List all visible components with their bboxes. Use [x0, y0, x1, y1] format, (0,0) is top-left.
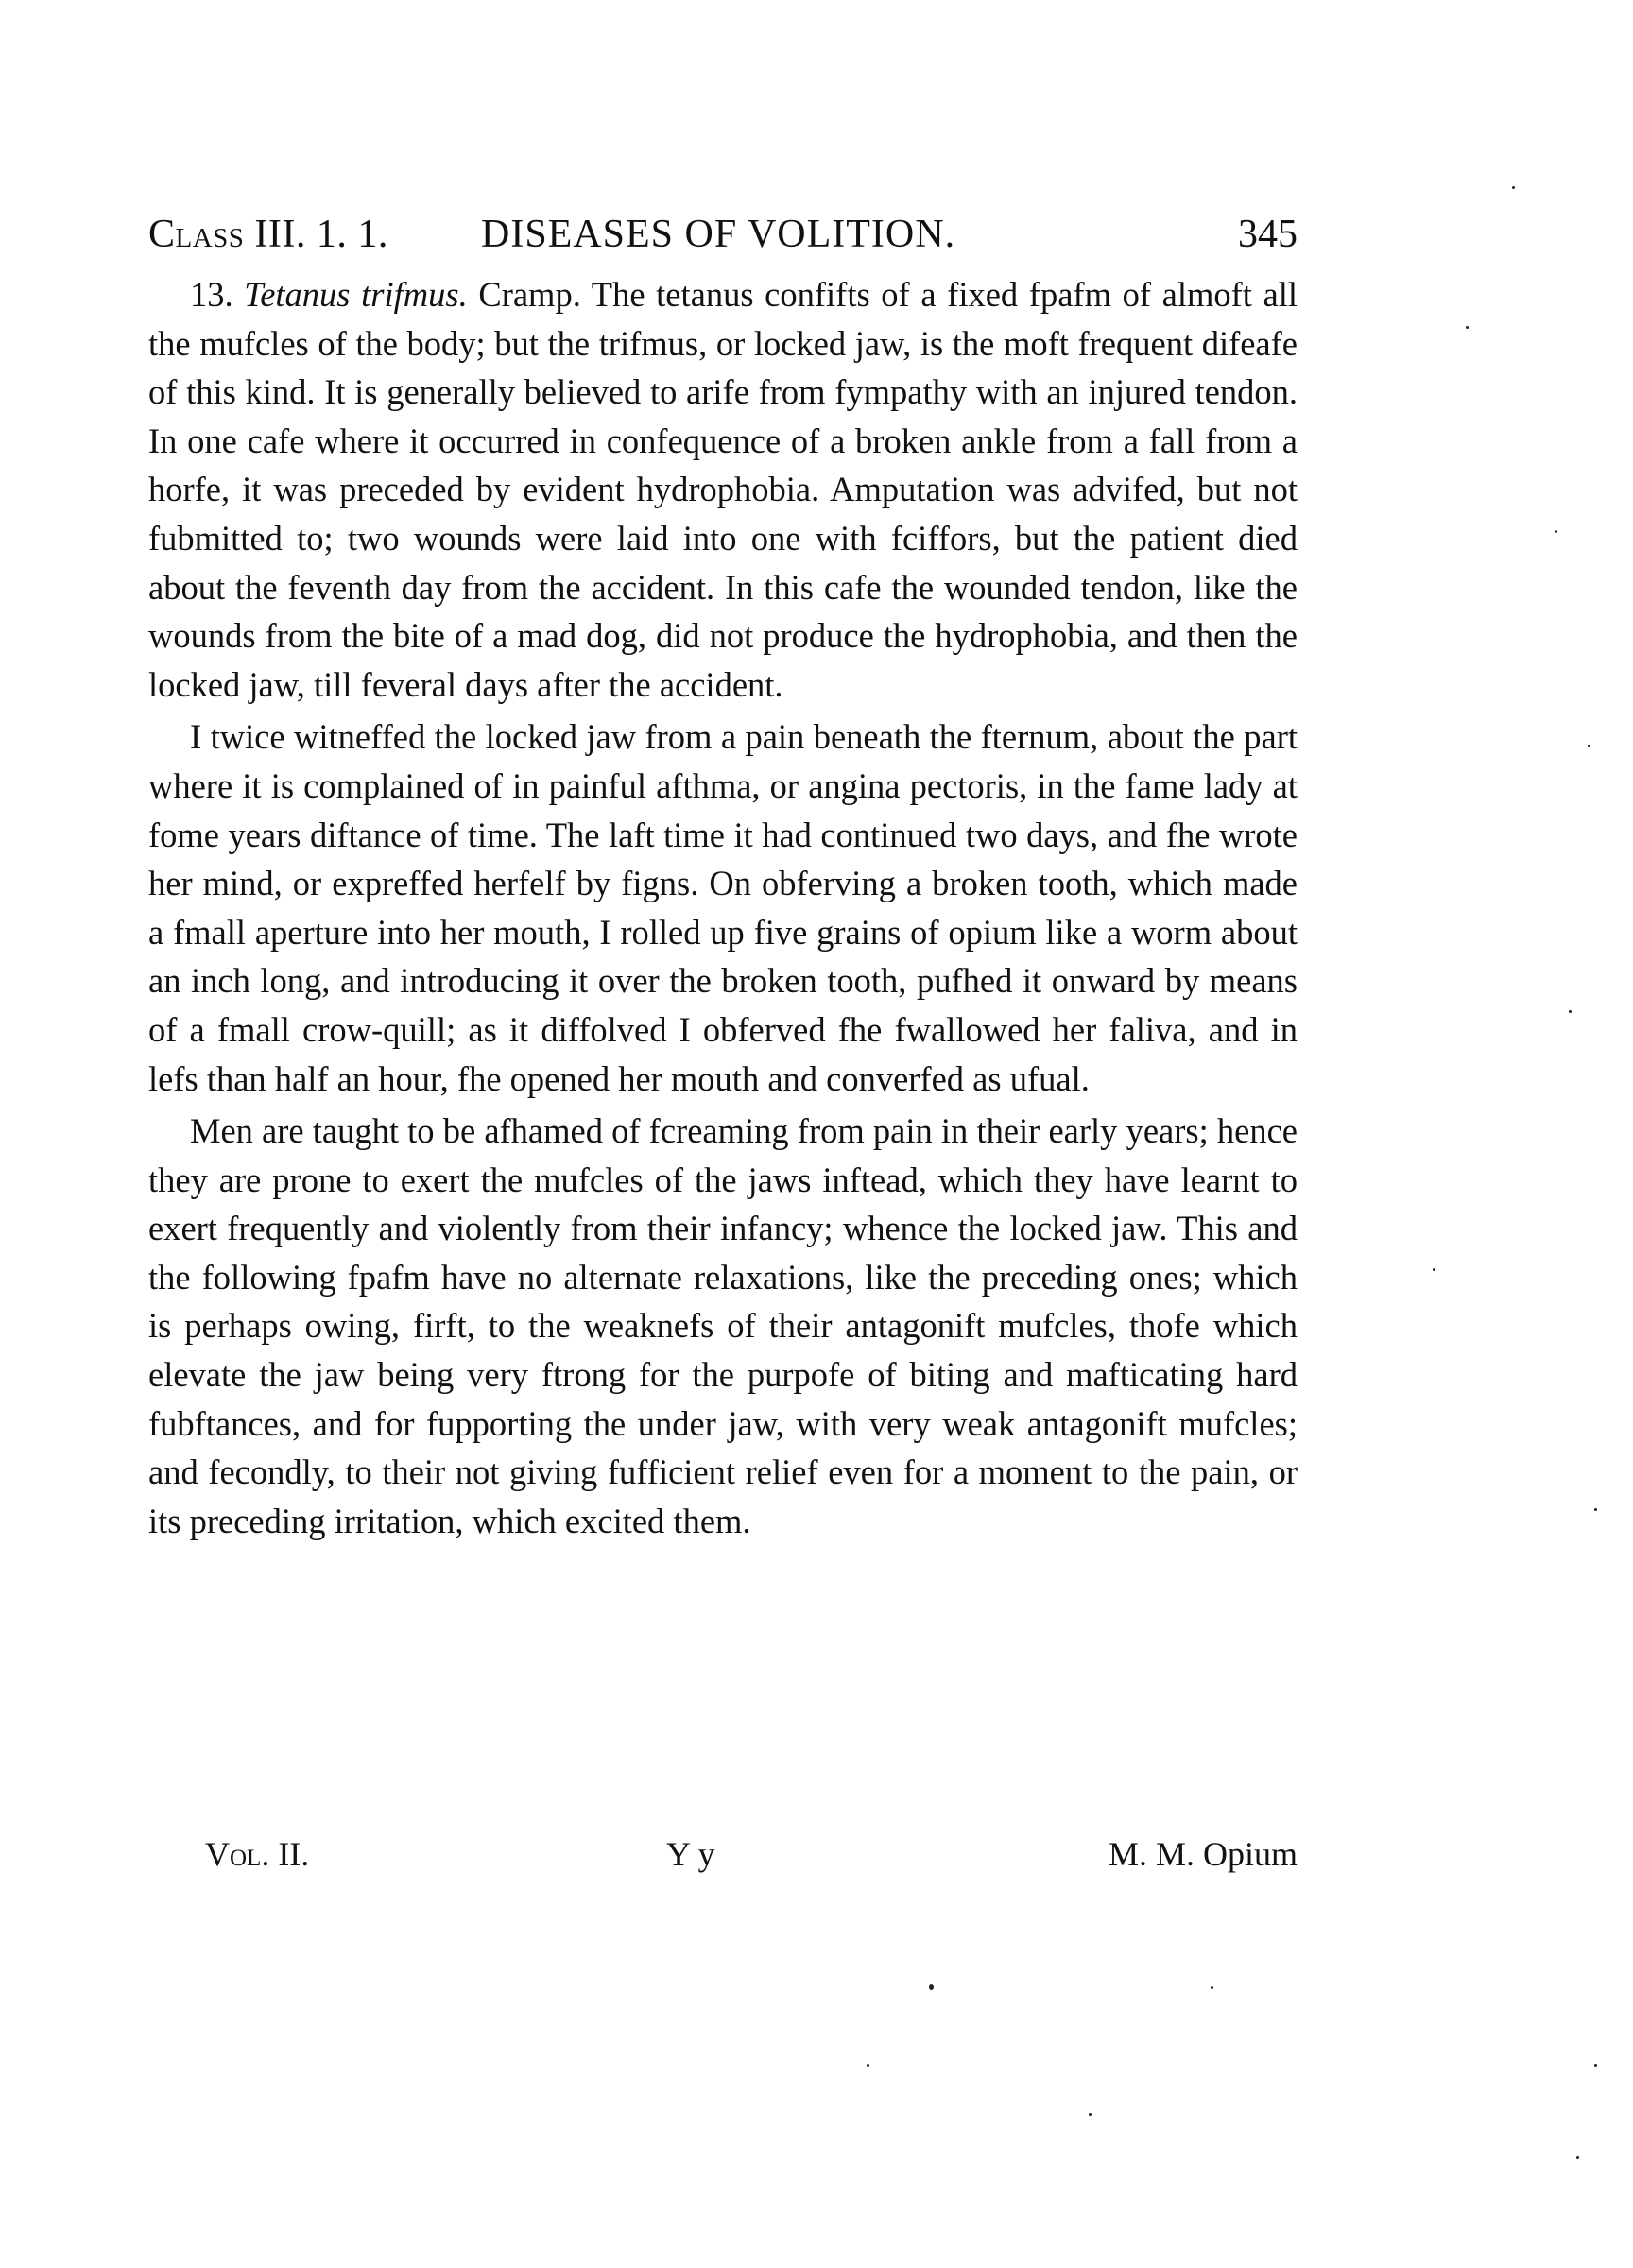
- page-footer: Vol. II. Y y M. M. Opium: [148, 1830, 1298, 1879]
- scan-speck: [1588, 745, 1590, 747]
- scan-speck: [1433, 1268, 1435, 1271]
- paragraph-entry-13: 13. Tetanus trifmus. Cramp. The tetanus …: [148, 270, 1298, 709]
- paragraph-text: Cramp. The tetanus confifts of a fixed f…: [148, 275, 1298, 704]
- scan-speck: [1594, 1508, 1597, 1511]
- entry-latin-name: Tetanus trifmus.: [244, 275, 467, 314]
- paragraph: Men are taught to be afhamed of fcreamin…: [148, 1107, 1298, 1545]
- scan-speck: [1576, 2156, 1579, 2159]
- book-page: Class III. 1. 1. DISEASES OF VOLITION. 3…: [0, 0, 1633, 2268]
- paragraph: I twice witneffed the locked jaw from a …: [148, 713, 1298, 1103]
- scan-speck: [929, 1984, 934, 1990]
- scan-speck: [1466, 326, 1469, 329]
- page-number: 345: [1238, 208, 1298, 261]
- signature-mark: Y y: [666, 1830, 715, 1879]
- scan-speck: [1594, 2064, 1597, 2067]
- scan-speck: [1211, 1986, 1213, 1989]
- scan-speck: [1569, 1010, 1572, 1013]
- scan-speck: [1089, 2113, 1092, 2116]
- scan-speck: [1555, 530, 1557, 533]
- running-head: Class III. 1. 1. DISEASES OF VOLITION. 3…: [148, 208, 1298, 261]
- scan-speck: [867, 2064, 869, 2067]
- body-text: 13. Tetanus trifmus. Cramp. The tetanus …: [148, 270, 1298, 1549]
- catchword: M. M. Opium: [1109, 1830, 1298, 1879]
- class-reference: Class III. 1. 1.: [148, 208, 388, 261]
- volume-label: Vol. II.: [205, 1830, 309, 1879]
- scan-speck: [1512, 186, 1515, 189]
- entry-number: 13.: [190, 275, 233, 314]
- section-title: DISEASES OF VOLITION.: [481, 208, 955, 261]
